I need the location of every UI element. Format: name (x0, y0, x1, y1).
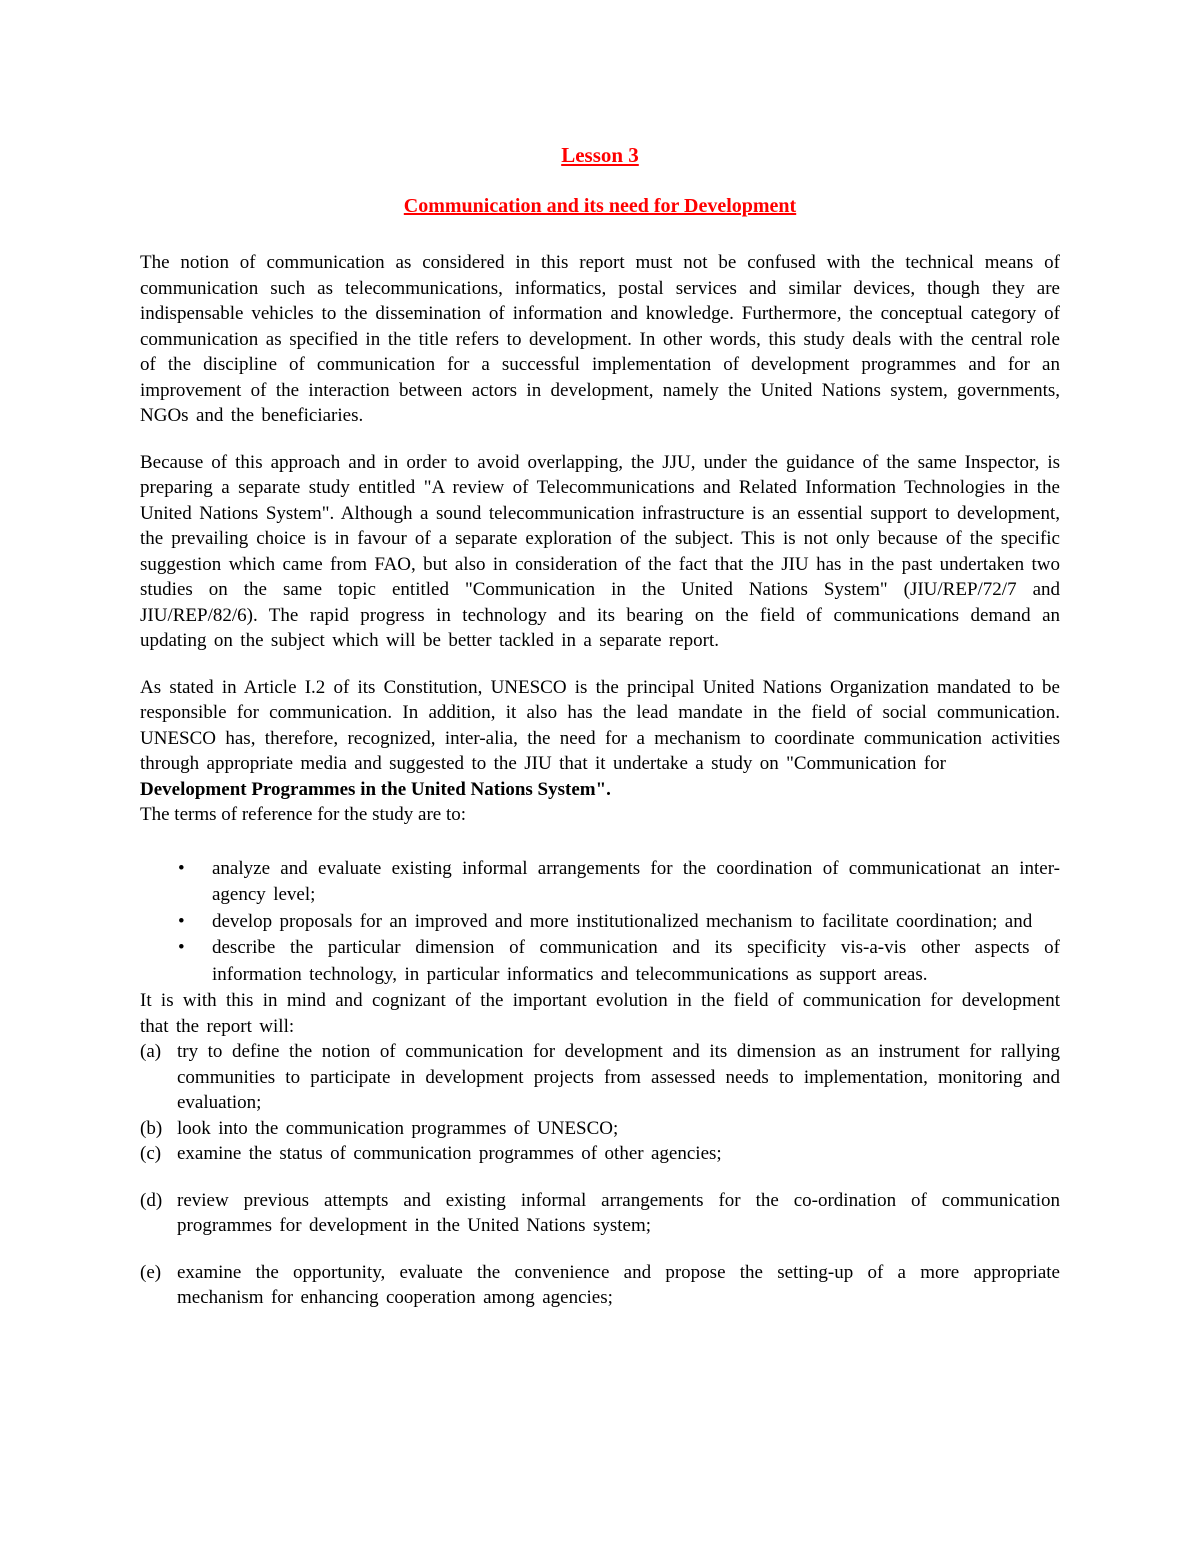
bullet-text: analyze and evaluate existing informal a… (212, 856, 1060, 909)
point-label: (c) (140, 1141, 177, 1167)
bullet-icon: • (178, 856, 212, 909)
bullet-text: describe the particular dimension of com… (212, 935, 1060, 988)
bold-study-title-line: Development Programmes in the United Nat… (140, 777, 1060, 803)
point-label: (e) (140, 1260, 177, 1311)
point-text: review previous attempts and existing in… (177, 1188, 1060, 1239)
paragraph-report-will: It is with this in mind and cognizant of… (140, 988, 1060, 1039)
paragraph-unesco-mandate: As stated in Article I.2 of its Constitu… (140, 675, 1060, 777)
bullet-item-develop: • develop proposals for an improved and … (140, 909, 1060, 936)
paragraph-notion-of-communication: The notion of communication as considere… (140, 250, 1060, 429)
terms-bullet-list: • analyze and evaluate existing informal… (140, 856, 1060, 989)
lesson-title: Lesson 3 (140, 143, 1060, 168)
point-label: (d) (140, 1188, 177, 1239)
bullet-item-describe: • describe the particular dimension of c… (140, 935, 1060, 988)
point-item-c: (c) examine the status of communication … (140, 1141, 1060, 1167)
point-item-b: (b) look into the communication programm… (140, 1116, 1060, 1142)
point-label: (a) (140, 1039, 177, 1116)
bullet-item-analyze: • analyze and evaluate existing informal… (140, 856, 1060, 909)
point-item-e: (e) examine the opportunity, evaluate th… (140, 1260, 1060, 1311)
point-text: examine the status of communication prog… (177, 1141, 1060, 1167)
point-item-d: (d) review previous attempts and existin… (140, 1188, 1060, 1239)
point-text: try to define the notion of communicatio… (177, 1039, 1060, 1116)
point-text: look into the communication programmes o… (177, 1116, 1060, 1142)
paragraph-separate-study: Because of this approach and in order to… (140, 450, 1060, 654)
terms-of-reference-line: The terms of reference for the study are… (140, 802, 1060, 828)
point-item-a: (a) try to define the notion of communic… (140, 1039, 1060, 1116)
bullet-text: develop proposals for an improved and mo… (212, 909, 1060, 936)
point-text: examine the opportunity, evaluate the co… (177, 1260, 1060, 1311)
document-page: Lesson 3 Communication and its need for … (0, 0, 1200, 1553)
document-subtitle: Communication and its need for Developme… (140, 195, 1060, 218)
bullet-icon: • (178, 935, 212, 988)
point-label: (b) (140, 1116, 177, 1142)
bullet-icon: • (178, 909, 212, 936)
